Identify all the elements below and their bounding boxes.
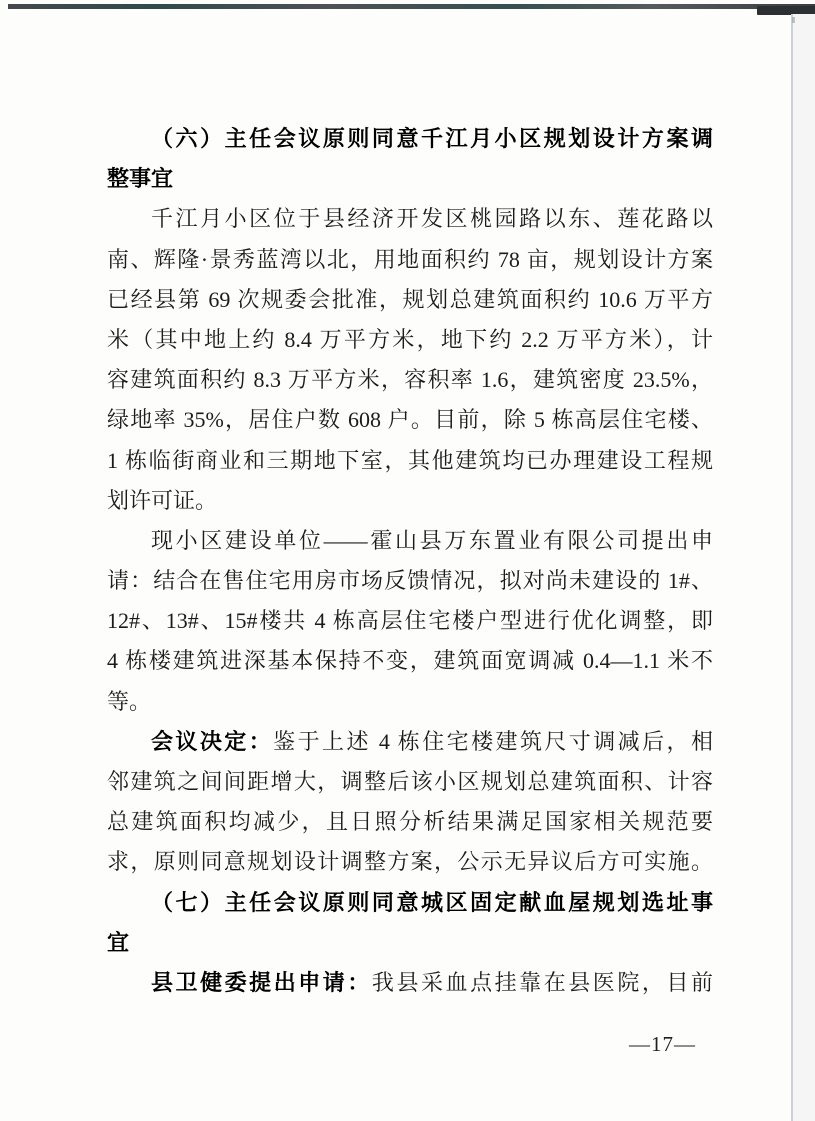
text-segment: 邻建筑之间间距增大，调整后该小区规划总建筑面积、计容	[107, 769, 713, 794]
body-line-15: 等。	[107, 682, 713, 722]
body-line-8: 绿地率 35%，居住户数 608 户。目前，除 5 栋高层住宅楼、	[107, 400, 713, 440]
body-line-10: 划许可证。	[107, 481, 713, 521]
text-segment: 12#、13#、15#楼共 4 栋高层住宅楼户型进行优化调整，即	[107, 608, 713, 633]
body-line-11: 现小区建设单位——霍山县万东置业有限公司提出申	[107, 521, 713, 561]
text-segment: 4 栋楼建筑进深基本保持不变，建筑面宽调减 0.4—1.1 米不	[107, 648, 713, 673]
section-7-heading-line-2: 宜	[107, 923, 713, 963]
body-line-14: 4 栋楼建筑进深基本保持不变，建筑面宽调减 0.4—1.1 米不	[107, 641, 713, 681]
text-segment: 鉴于上述 4 栋住宅楼建筑尺寸调减后，相	[273, 729, 713, 754]
text-segment: 等。	[107, 689, 151, 714]
text-segment: 1 栋临街商业和三期地下室，其他建筑均已办理建设工程规	[107, 448, 713, 473]
heading-text: 宜	[107, 930, 129, 955]
document-body: （六）主任会议原则同意千江月小区规划设计方案调 整事宜 千江月小区位于县经济开发…	[107, 119, 713, 1003]
text-segment: 现小区建设单位——霍山县万东置业有限公司提出申	[151, 528, 713, 553]
body-line-9: 1 栋临街商业和三期地下室，其他建筑均已办理建设工程规	[107, 441, 713, 481]
text-segment: 绿地率 35%，居住户数 608 户。目前，除 5 栋高层住宅楼、	[107, 407, 713, 432]
text-segment: 千江月小区位于县经济开发区桃园路以东、莲花路以	[151, 206, 713, 231]
body-line-13: 12#、13#、15#楼共 4 栋高层住宅楼户型进行优化调整，即	[107, 601, 713, 641]
scan-right-gutter	[793, 14, 815, 1121]
heading-text: （七）主任会议原则同意城区固定献血屋规划选址事	[151, 890, 713, 915]
text-segment: 南、辉隆·景秀蓝湾以北，用地面积约 78 亩，规划设计方案	[107, 247, 713, 272]
scan-page-edge-line	[791, 14, 793, 1121]
page-number: —17—	[629, 1032, 696, 1057]
body-line-7: 容建筑面积约 8.3 万平方米，容积率 1.6，建筑密度 23.5%，	[107, 360, 713, 400]
text-segment: 已经县第 69 次规委会批准，规划总建筑面积约 10.6 万平方	[107, 287, 713, 312]
body-line-6: 米（其中地上约 8.4 万平方米，地下约 2.2 万平方米），计	[107, 320, 713, 360]
scan-edge-artifact-top	[8, 4, 815, 9]
body-line-18: 总建筑面积均减少，且日照分析结果满足国家相关规范要	[107, 802, 713, 842]
body-line-4: 南、辉隆·景秀蓝湾以北，用地面积约 78 亩，规划设计方案	[107, 240, 713, 280]
body-line-19: 求，原则同意规划设计调整方案，公示无异议后方可实施。	[107, 842, 713, 882]
body-line-5: 已经县第 69 次规委会批准，规划总建筑面积约 10.6 万平方	[107, 280, 713, 320]
text-segment: 求，原则同意规划设计调整方案，公示无异议后方可实施。	[107, 849, 713, 874]
text-segment: 请：结合在售住宅用房市场反馈情况，拟对尚未建设的 1#、	[107, 568, 713, 593]
body-line-17: 邻建筑之间间距增大，调整后该小区规划总建筑面积、计容	[107, 762, 713, 802]
bold-segment: 县卫健委提出申请：	[151, 970, 372, 995]
heading-text: （六）主任会议原则同意千江月小区规划设计方案调	[151, 126, 713, 151]
section-6-heading-line-1: （六）主任会议原则同意千江月小区规划设计方案调	[107, 119, 713, 159]
text-segment: 我县采血点挂靠在县医院，目前	[372, 970, 713, 995]
body-line-12: 请：结合在售住宅用房市场反馈情况，拟对尚未建设的 1#、	[107, 561, 713, 601]
body-line-3: 千江月小区位于县经济开发区桃园路以东、莲花路以	[107, 199, 713, 239]
scanned-document-page: （六）主任会议原则同意千江月小区规划设计方案调 整事宜 千江月小区位于县经济开发…	[0, 0, 815, 1121]
text-segment: 总建筑面积均减少，且日照分析结果满足国家相关规范要	[107, 809, 713, 834]
bold-segment: 会议决定：	[151, 729, 273, 754]
text-segment: 划许可证。	[107, 488, 217, 513]
heading-text: 整事宜	[107, 166, 173, 191]
section-6-heading-line-2: 整事宜	[107, 159, 713, 199]
body-line-22: 县卫健委提出申请：我县采血点挂靠在县医院，目前	[107, 963, 713, 1003]
section-7-heading-line-1: （七）主任会议原则同意城区固定献血屋规划选址事	[107, 883, 713, 923]
text-segment: 米（其中地上约 8.4 万平方米，地下约 2.2 万平方米），计	[107, 327, 713, 352]
text-segment: 容建筑面积约 8.3 万平方米，容积率 1.6，建筑密度 23.5%，	[107, 367, 713, 392]
body-line-16-decision: 会议决定：鉴于上述 4 栋住宅楼建筑尺寸调减后，相	[107, 722, 713, 762]
scan-speck	[792, 17, 795, 23]
